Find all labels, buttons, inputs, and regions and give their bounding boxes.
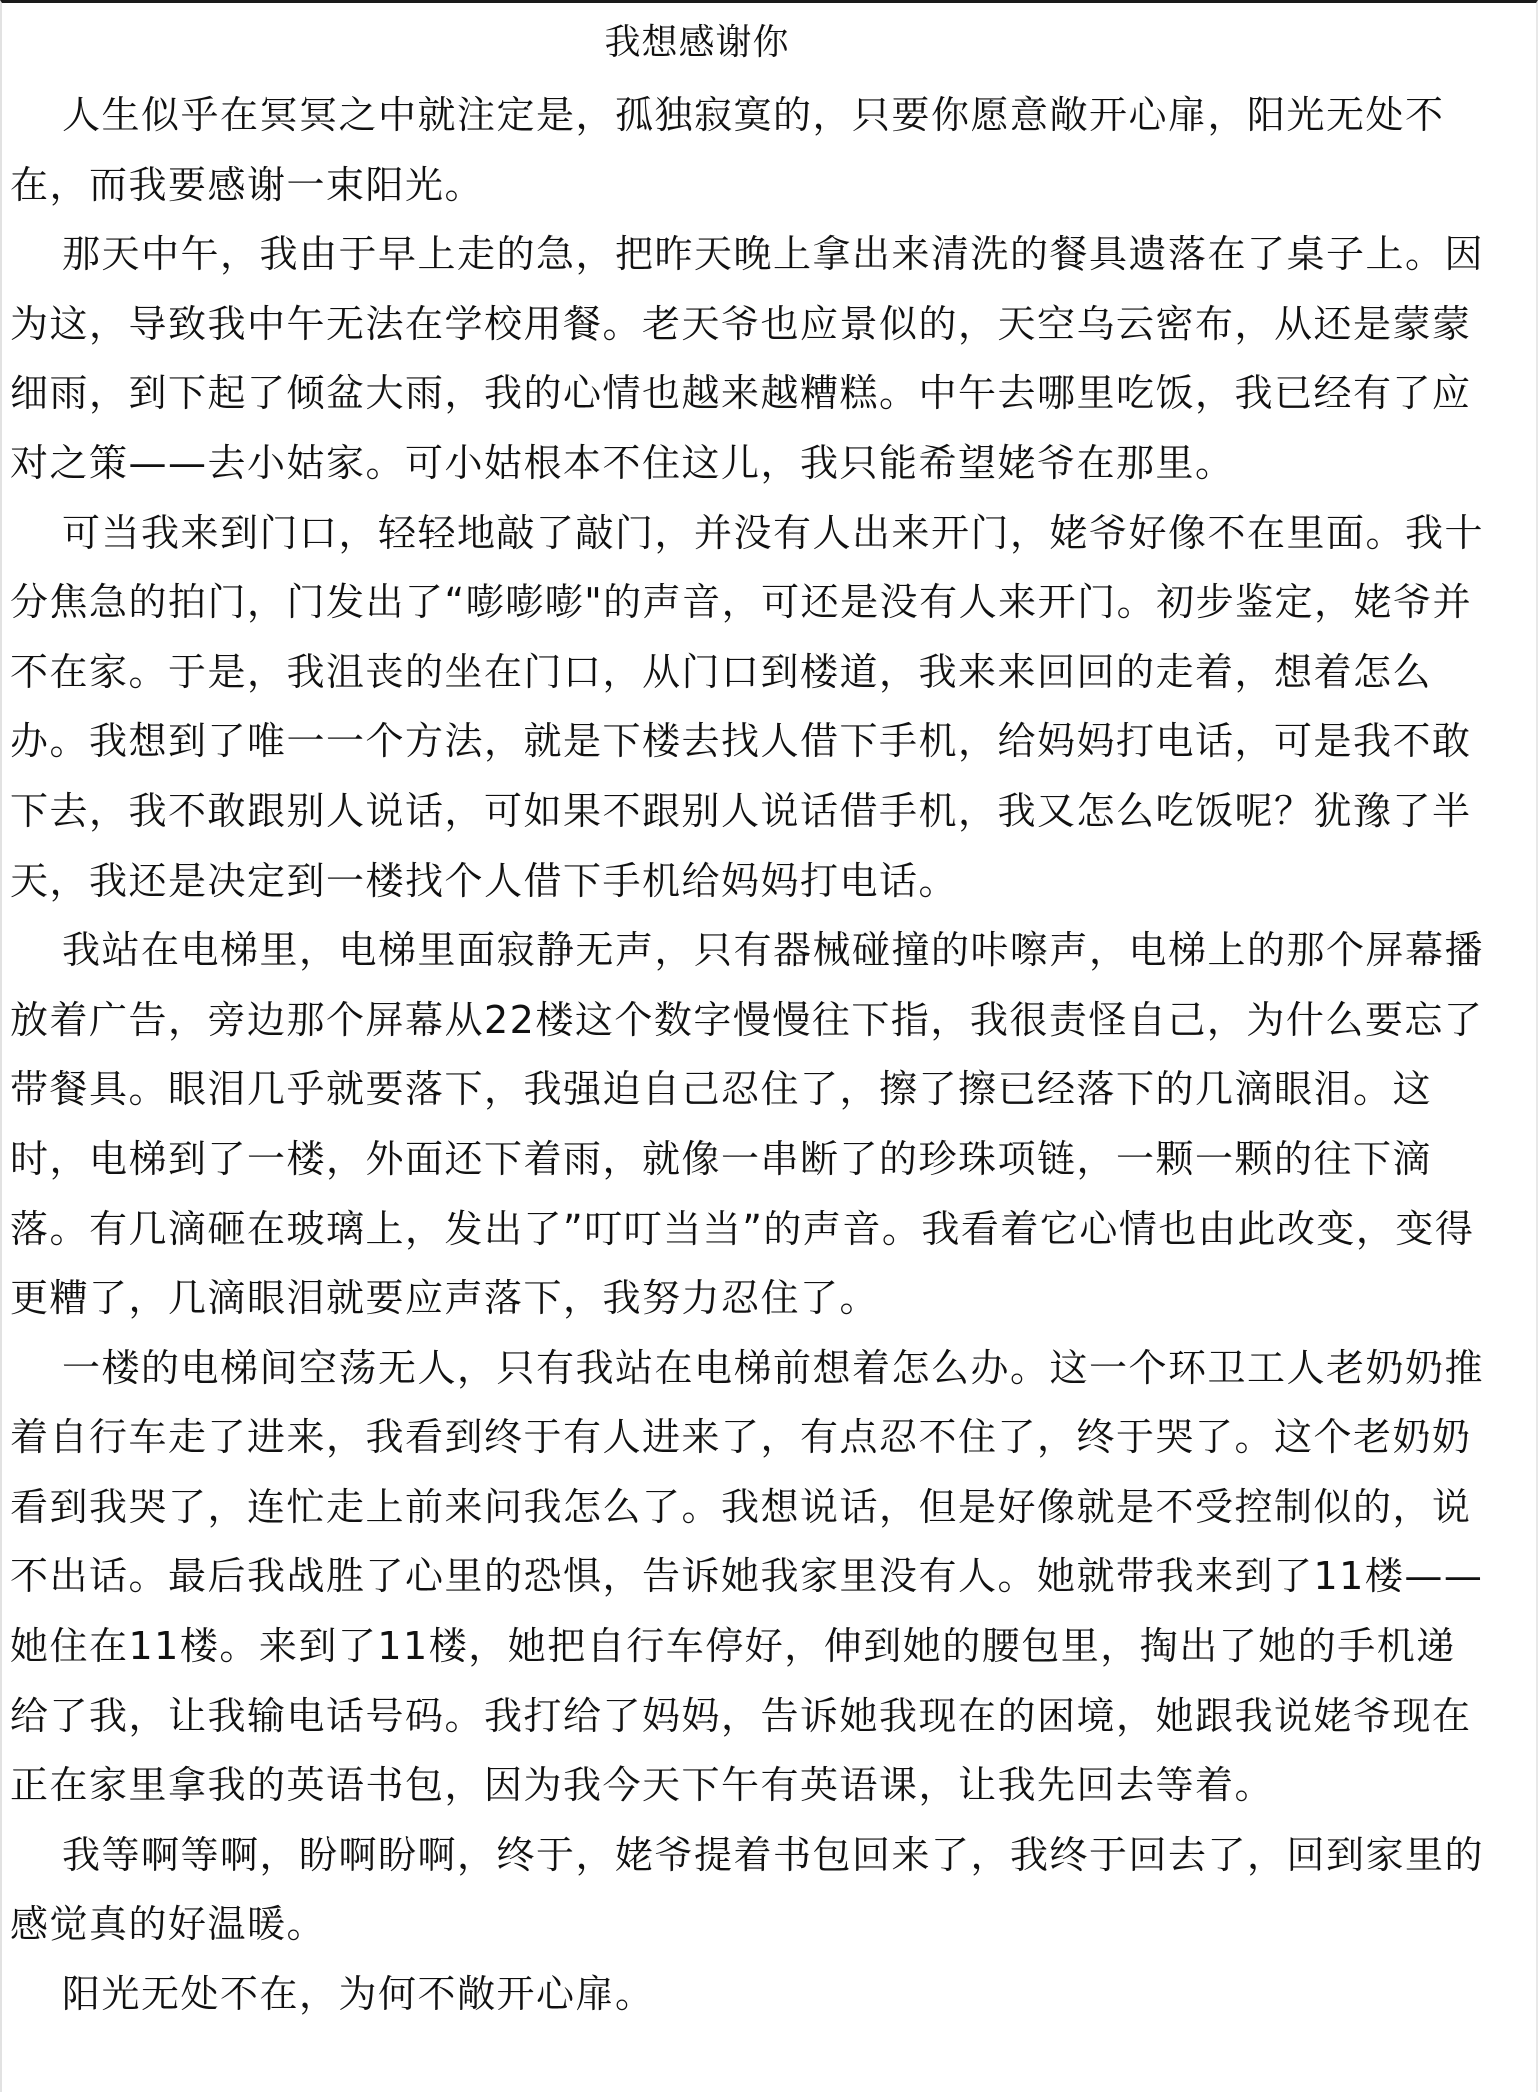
essay-body: 人生似乎在冥冥之中就注定是，孤独寂寞的，只要你愿意敞开心扉，阳光无处不 在，而我… [10, 81, 1535, 2030]
text-line: 对之策——去小姑家。可小姑根本不住这儿，我只能希望姥爷在那里。 [10, 429, 1535, 499]
paragraph-4: 我站在电梯里，电梯里面寂静无声，只有器械碰撞的咔嚓声，电梯上的那个屏幕播 放着广… [10, 916, 1535, 1334]
text-line: 为这，导致我中午无法在学校用餐。老天爷也应景似的，天空乌云密布，从还是蒙蒙 [10, 290, 1535, 360]
text-line: 落。有几滴砸在玻璃上，发出了”叮叮当当”的声音。我看着它心情也由此改变，变得 [10, 1195, 1535, 1265]
text-line: 分焦急的拍门，门发出了“嘭嘭嘭"的声音，可还是没有人来开门。初步鉴定，姥爷并 [10, 568, 1535, 638]
text-line: 正在家里拿我的英语书包，因为我今天下午有英语课，让我先回去等着。 [10, 1751, 1535, 1821]
text-line: 更糟了，几滴眼泪就要应声落下，我努力忍住了。 [10, 1264, 1535, 1334]
text-line: 我等啊等啊，盼啊盼啊，终于，姥爷提着书包回来了，我终于回去了，回到家里的 [10, 1821, 1535, 1891]
text-line: 看到我哭了，连忙走上前来问我怎么了。我想说话，但是好像就是不受控制似的，说 [10, 1473, 1535, 1543]
essay-title: 我想感谢你 [2, 17, 1392, 69]
text-line: 不出话。最后我战胜了心里的恐惧，告诉她我家里没有人。她就带我来到了11楼—— [10, 1542, 1535, 1612]
paragraph-3: 可当我来到门口，轻轻地敲了敲门，并没有人出来开门，姥爷好像不在里面。我十 分焦急… [10, 499, 1535, 917]
text-line: 阳光无处不在，为何不敞开心扉。 [10, 1960, 1535, 2030]
text-line: 给了我，让我输电话号码。我打给了妈妈，告诉她我现在的困境，她跟我说姥爷现在 [10, 1682, 1535, 1752]
text-line: 细雨，到下起了倾盆大雨，我的心情也越来越糟糕。中午去哪里吃饭，我已经有了应 [10, 359, 1535, 429]
paragraph-6: 我等啊等啊，盼啊盼啊，终于，姥爷提着书包回来了，我终于回去了，回到家里的 感觉真… [10, 1821, 1535, 1960]
paragraph-7: 阳光无处不在，为何不敞开心扉。 [10, 1960, 1535, 2030]
text-line: 人生似乎在冥冥之中就注定是，孤独寂寞的，只要你愿意敞开心扉，阳光无处不 [10, 81, 1535, 151]
text-line: 放着广告，旁边那个屏幕从22楼这个数字慢慢往下指，我很责怪自己，为什么要忘了 [10, 986, 1535, 1056]
text-line: 下去，我不敢跟别人说话，可如果不跟别人说话借手机，我又怎么吃饭呢？犹豫了半 [10, 777, 1535, 847]
paragraph-5: 一楼的电梯间空荡无人，只有我站在电梯前想着怎么办。这一个环卫工人老奶奶推 着自行… [10, 1334, 1535, 1821]
text-line: 她住在11楼。来到了11楼，她把自行车停好，伸到她的腰包里，掏出了她的手机递 [10, 1612, 1535, 1682]
text-line: 时，电梯到了一楼，外面还下着雨，就像一串断了的珍珠项链，一颗一颗的往下滴 [10, 1125, 1535, 1195]
text-line: 那天中午，我由于早上走的急，把昨天晚上拿出来清洗的餐具遗落在了桌子上。因 [10, 220, 1535, 290]
text-line: 带餐具。眼泪几乎就要落下，我强迫自己忍住了，擦了擦已经落下的几滴眼泪。这 [10, 1055, 1535, 1125]
document-page: 我想感谢你 人生似乎在冥冥之中就注定是，孤独寂寞的，只要你愿意敞开心扉，阳光无处… [0, 0, 1538, 2092]
text-line: 一楼的电梯间空荡无人，只有我站在电梯前想着怎么办。这一个环卫工人老奶奶推 [10, 1334, 1535, 1404]
text-line: 着自行车走了进来，我看到终于有人进来了，有点忍不住了，终于哭了。这个老奶奶 [10, 1403, 1535, 1473]
text-line: 可当我来到门口，轻轻地敲了敲门，并没有人出来开门，姥爷好像不在里面。我十 [10, 499, 1535, 569]
text-line: 天，我还是决定到一楼找个人借下手机给妈妈打电话。 [10, 847, 1535, 917]
text-line: 在，而我要感谢一束阳光。 [10, 151, 1535, 221]
text-line: 感觉真的好温暖。 [10, 1890, 1535, 1960]
text-line: 我站在电梯里，电梯里面寂静无声，只有器械碰撞的咔嚓声，电梯上的那个屏幕播 [10, 916, 1535, 986]
text-line: 办。我想到了唯一一个方法，就是下楼去找人借下手机，给妈妈打电话，可是我不敢 [10, 707, 1535, 777]
paragraph-2: 那天中午，我由于早上走的急，把昨天晚上拿出来清洗的餐具遗落在了桌子上。因 为这，… [10, 220, 1535, 498]
text-line: 不在家。于是，我沮丧的坐在门口，从门口到楼道，我来来回回的走着，想着怎么 [10, 638, 1535, 708]
paragraph-1: 人生似乎在冥冥之中就注定是，孤独寂寞的，只要你愿意敞开心扉，阳光无处不 在，而我… [10, 81, 1535, 220]
